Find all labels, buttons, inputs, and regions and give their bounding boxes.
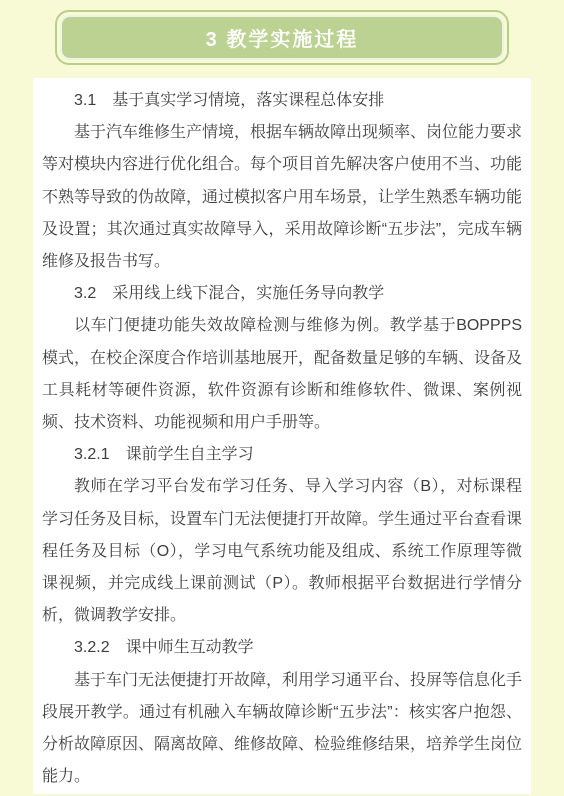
article-heading: 3.1 基于真实学习情境，落实课程总体安排 <box>42 85 522 117</box>
article-body: 3.1 基于真实学习情境，落实课程总体安排基于汽车维修生产情境，根据车辆故障出现… <box>42 85 522 793</box>
section-banner-fill: 3 教学实施过程 <box>60 15 504 60</box>
page-background: 3 教学实施过程 3.1 基于真实学习情境，落实课程总体安排基于汽车维修生产情境… <box>0 10 564 794</box>
article-paragraph: 教师在学习平台发布学习任务、导入学习内容（B），对标课程学习任务及目标，设置车门… <box>42 471 522 632</box>
article-paragraph: 基于汽车维修生产情境，根据车辆故障出现频率、岗位能力要求等对模块内容进行优化组合… <box>42 117 522 278</box>
article-paragraph: 以车门便捷功能失效故障检测与维修为例。教学基于BOPPPS 模式，在校企深度合作… <box>42 310 522 439</box>
section-banner: 3 教学实施过程 <box>55 10 509 65</box>
article-heading: 3.2 采用线上线下混合，实施任务导向教学 <box>42 278 522 310</box>
article-paragraph: 基于车门无法便捷打开故障，利用学习通平台、投屏等信息化手段展开教学。通过有机融入… <box>42 665 522 794</box>
article-heading: 3.2.1 课前学生自主学习 <box>42 439 522 471</box>
section-banner-title: 3 教学实施过程 <box>206 23 359 52</box>
article-heading: 3.2.2 课中师生互动教学 <box>42 632 522 664</box>
content-panel: 3.1 基于真实学习情境，落实课程总体安排基于汽车维修生产情境，根据车辆故障出现… <box>33 78 531 794</box>
